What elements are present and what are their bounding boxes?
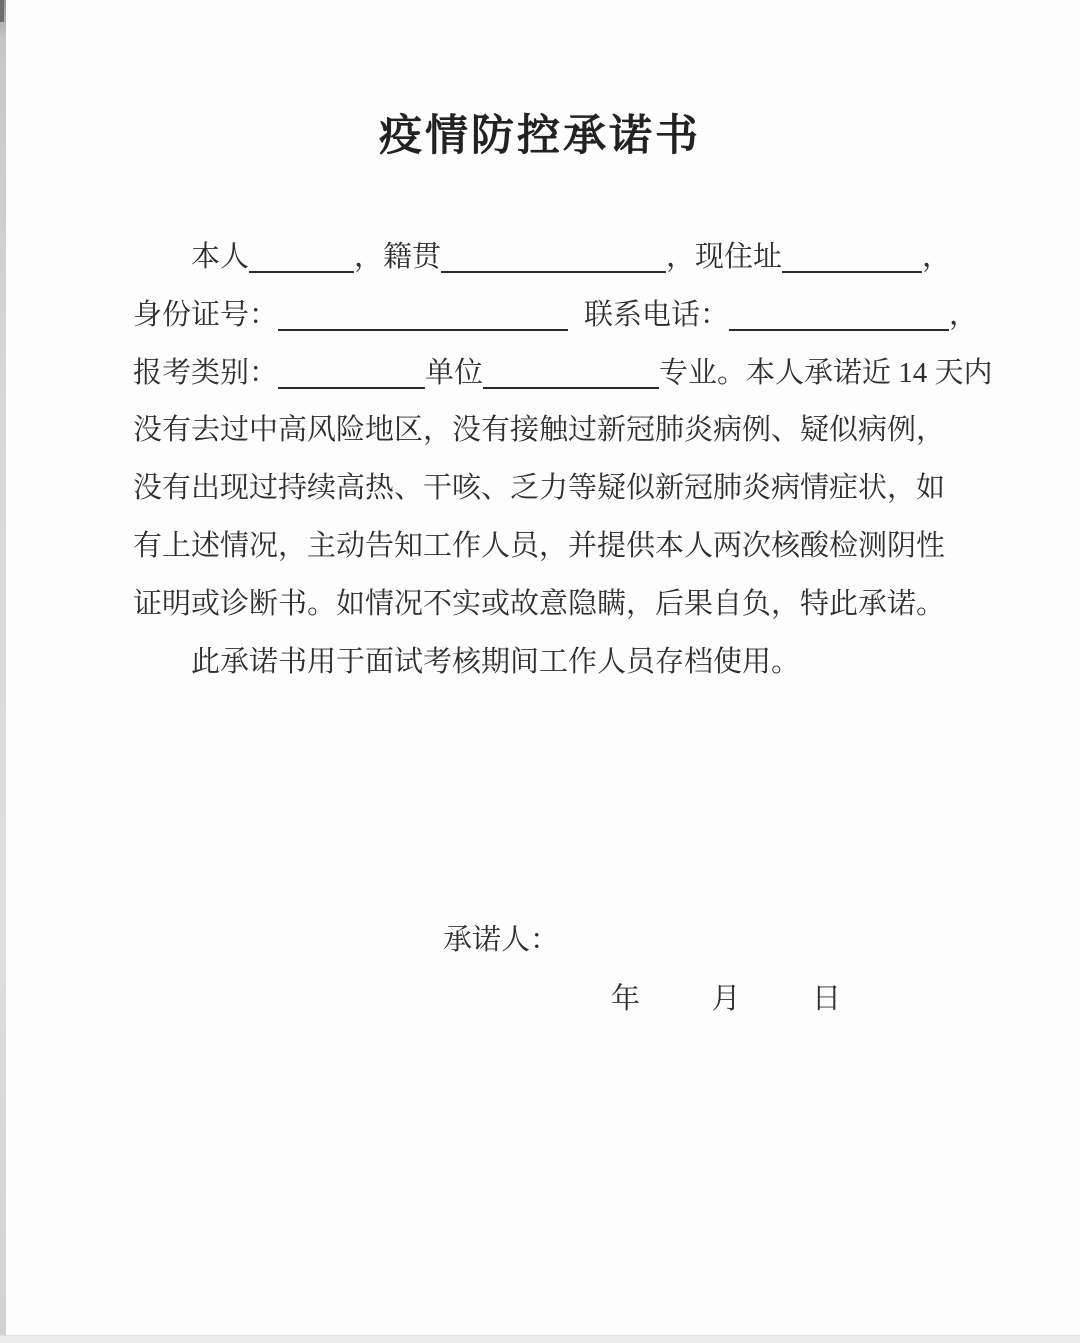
major-and-promise-text: 专业。本人承诺近 14 天内 bbox=[659, 357, 993, 389]
id-phone-line-comma: ， bbox=[949, 299, 978, 331]
month-label: 月 bbox=[711, 982, 740, 1016]
intro-line: 本人，籍贯，现住址， bbox=[133, 229, 973, 287]
scan-edge-left bbox=[0, 0, 6, 1343]
document-body: 本人，籍贯，现住址， 身份证号：联系电话：， 报考类别：单位专业。本人承诺近 1… bbox=[133, 229, 973, 691]
name-blank bbox=[249, 241, 354, 273]
native-place-label: ，籍贯 bbox=[354, 241, 441, 273]
phone-blank bbox=[729, 299, 949, 331]
body-text-line: 没有去过中高风险地区，没有接触过新冠肺炎病例、疑似病例， bbox=[133, 402, 973, 460]
phone-label: 联系电话： bbox=[584, 299, 729, 331]
unit-blank bbox=[483, 357, 659, 389]
current-address-label: ，现住址 bbox=[666, 241, 782, 273]
year-label: 年 bbox=[611, 982, 640, 1016]
id-number-label: 身份证号： bbox=[133, 299, 278, 331]
exam-category-blank bbox=[278, 357, 425, 389]
signature-date-line: 年 月 日 bbox=[611, 982, 841, 1016]
document-title: 疫情防控承诺书 bbox=[0, 102, 1080, 163]
promiser-label: 承诺人： bbox=[443, 923, 559, 957]
body-text-line: 证明或诊断书。如情况不实或故意隐瞒，后果自负，特此承诺。 bbox=[133, 576, 973, 634]
day-label: 日 bbox=[812, 982, 841, 1016]
category-line: 报考类别：单位专业。本人承诺近 14 天内 bbox=[133, 345, 973, 403]
exam-category-label: 报考类别： bbox=[133, 357, 278, 389]
unit-label: 单位 bbox=[425, 357, 483, 389]
scan-edge-bottom bbox=[0, 1335, 1080, 1343]
id-phone-line: 身份证号：联系电话：， bbox=[133, 287, 973, 345]
current-address-blank bbox=[782, 241, 922, 273]
native-place-blank bbox=[441, 241, 666, 273]
id-number-blank bbox=[278, 299, 568, 331]
document-page: 疫情防控承诺书 本人，籍贯，现住址， 身份证号：联系电话：， 报考类别：单位专业… bbox=[0, 0, 1080, 1343]
intro-name-label: 本人 bbox=[191, 241, 249, 273]
body-text-line: 有上述情况，主动告知工作人员，并提供本人两次核酸检测阴性 bbox=[133, 518, 973, 576]
scan-corner-mark bbox=[0, 0, 4, 22]
archive-note-line: 此承诺书用于面试考核期间工作人员存档使用。 bbox=[133, 634, 973, 692]
intro-line-comma: ， bbox=[922, 241, 951, 273]
body-text-line: 没有出现过持续高热、干咳、乏力等疑似新冠肺炎病情症状，如 bbox=[133, 460, 973, 518]
